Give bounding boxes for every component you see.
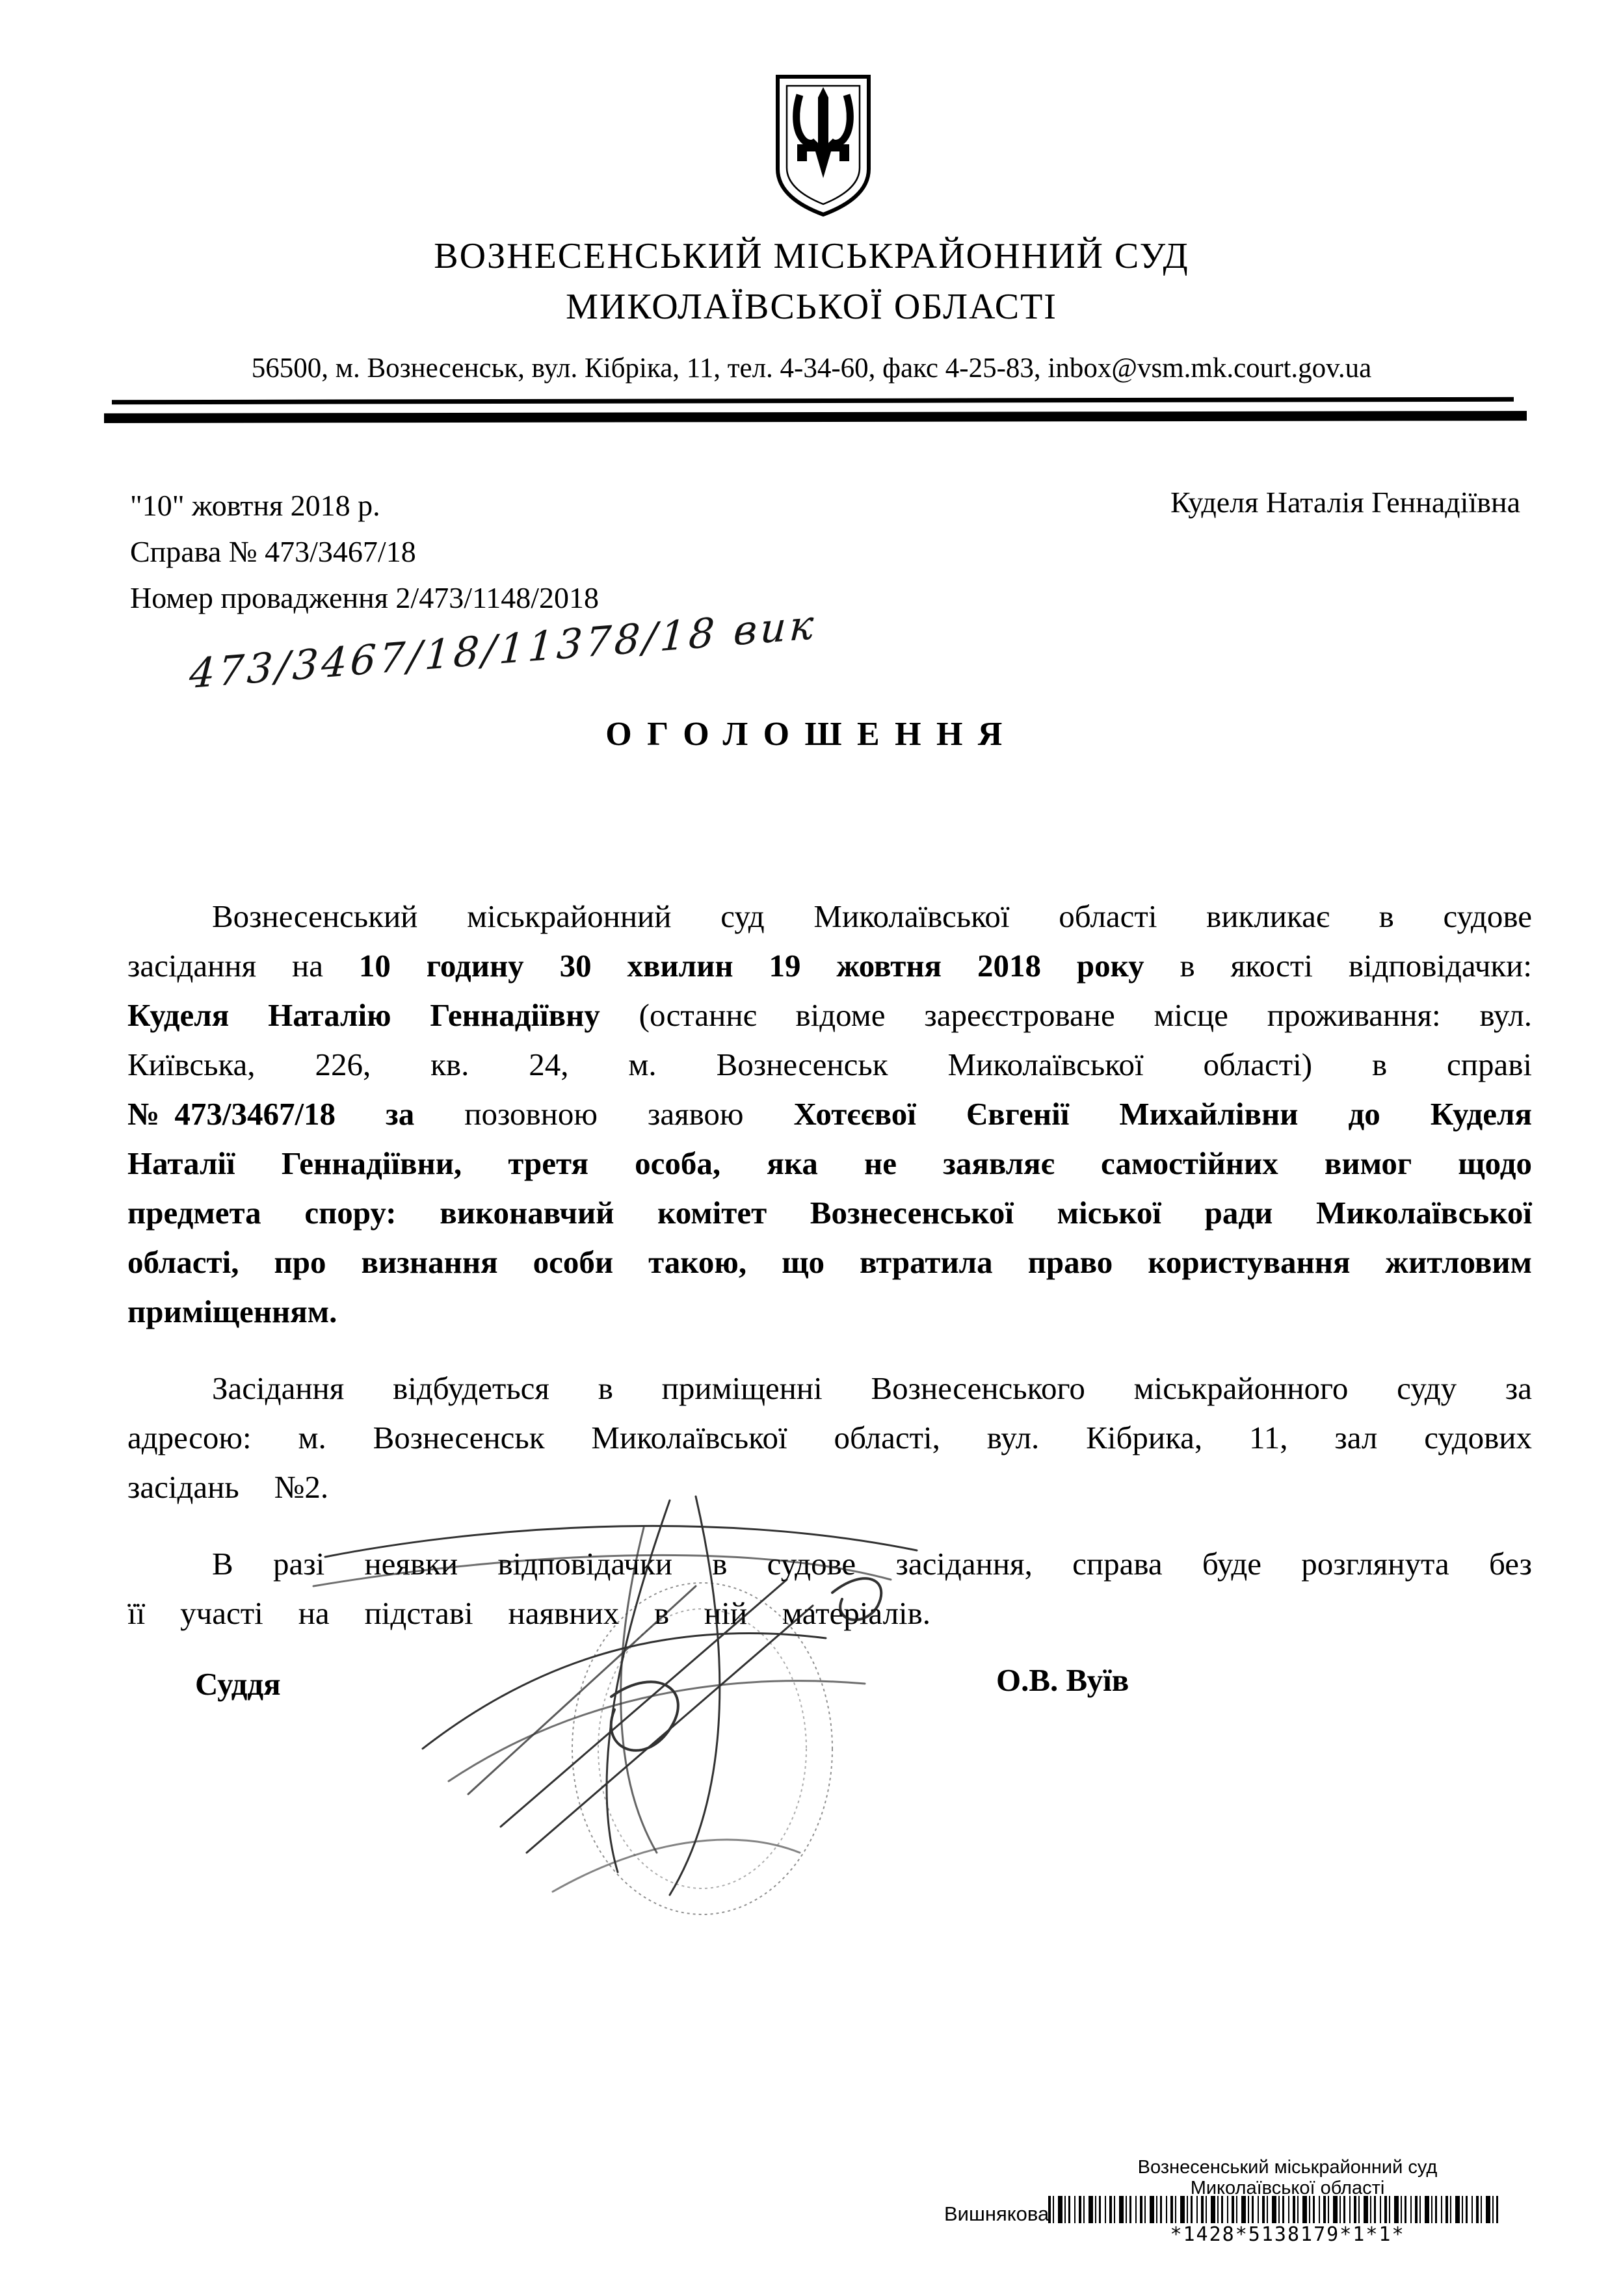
footer-court-name: Вознесенський міськрайонний суд [1073, 2157, 1502, 2178]
header-divider-thick [104, 411, 1527, 423]
document-title: ОГОЛОШЕННЯ [0, 715, 1623, 753]
text-run: позовною заявою [414, 1096, 793, 1132]
header-divider-thin [112, 397, 1514, 405]
ukraine-trident-emblem [771, 72, 876, 220]
paragraph-absence: В разі неявки відповідачки в судове засі… [127, 1539, 1532, 1638]
barcode [1048, 2196, 1498, 2223]
barcode-value: *1428*5138179*1*1* [1073, 2223, 1502, 2246]
paragraph-location: Засідання відбудеться в приміщенні Возне… [127, 1364, 1532, 1512]
court-name-line1: ВОЗНЕСЕНСЬКИЙ МІСЬКРАЙОННИЙ СУД [0, 235, 1623, 277]
clerk-name: Вишнякова [944, 2202, 1049, 2226]
court-name-line2: МИКОЛАЇВСЬКОЇ ОБЛАСТІ [0, 286, 1623, 328]
judge-name: О.В. Вуїв [996, 1662, 1129, 1699]
text-run-bold-case: №473/3467/18 за [127, 1096, 414, 1132]
case-number: Справа № 473/3467/18 [130, 528, 599, 575]
text-run: в якості відповідачки: [1144, 948, 1532, 984]
addressee-name: Куделя Наталія Геннадіївна [1170, 485, 1520, 519]
case-meta-block: "10" жовтня 2018 р. Справа № 473/3467/18… [130, 482, 599, 621]
announcement-body: Вознесенський міськрайонний суд Миколаїв… [127, 892, 1532, 1638]
text-run-bold-datetime: 10 годину 30 хвилин 19 жовтня 2018 року [359, 948, 1144, 984]
paragraph-summons: Вознесенський міськрайонний суд Миколаїв… [127, 892, 1532, 1337]
court-address-line: 56500, м. Вознесенськ, вул. Кібріка, 11,… [0, 352, 1623, 384]
trident-shield-icon [771, 72, 876, 220]
judge-label: Суддя [195, 1665, 281, 1702]
text-run-bold-defendant: Куделя Наталію Геннадіївну [127, 997, 600, 1033]
document-date: "10" жовтня 2018 р. [130, 482, 599, 528]
proceeding-number: Номер провадження 2/473/1148/2018 [130, 575, 599, 621]
